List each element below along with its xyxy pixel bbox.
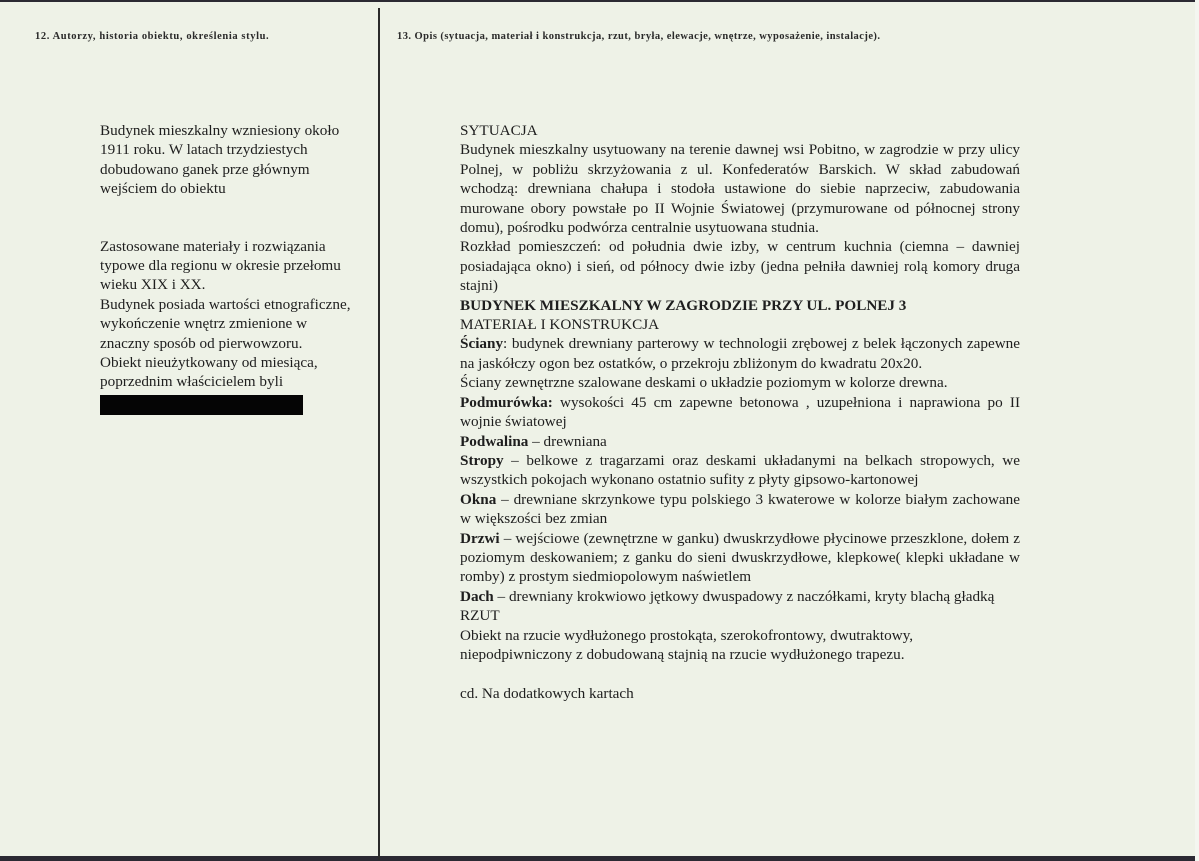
redacted-block bbox=[100, 395, 303, 415]
page-edge bbox=[1195, 0, 1199, 861]
room-layout-text: Rozkład pomieszczeń: od południa dwie iz… bbox=[460, 237, 1020, 295]
item-sep: – bbox=[528, 433, 543, 450]
plan-heading: RZUT bbox=[460, 606, 1020, 625]
column-divider bbox=[378, 8, 380, 860]
item-label: Okna bbox=[460, 491, 496, 508]
item-text: drewniany krokwiowo jętkowy dwuspadowy z… bbox=[509, 588, 994, 605]
building-title: BUDYNEK MIESZKALNY W ZAGRODZIE PRZY UL. … bbox=[460, 296, 1020, 315]
item-text: Ściany zewnętrzne szalowane deskami o uk… bbox=[460, 374, 948, 391]
item-foundation: Podmurówka: wysokości 45 cm zapewne beto… bbox=[460, 393, 1020, 432]
materials-paragraph: Zastosowane materiały i rozwiązania typo… bbox=[100, 237, 360, 295]
item-sep bbox=[553, 394, 560, 411]
plan-line-2: niepodpiwniczony z dobudowaną stajnią na… bbox=[460, 645, 1020, 664]
history-paragraph: Budynek mieszkalny wzniesiony około 1911… bbox=[100, 121, 360, 199]
item-walls: Ściany: budynek drewniany parterowy w te… bbox=[460, 334, 1020, 373]
item-sill: Podwalina – drewniana bbox=[460, 432, 1020, 451]
item-windows: Okna – drewniane skrzynkowe typu polskie… bbox=[460, 490, 1020, 529]
item-text: belkowe z tragarzami oraz deskami układa… bbox=[460, 452, 1020, 488]
description-column: SYTUACJA Budynek mieszkalny usytuowany n… bbox=[460, 121, 1020, 703]
item-label: Dach bbox=[460, 588, 494, 605]
item-label: Stropy bbox=[460, 452, 504, 469]
item-label: Podmurówka: bbox=[460, 394, 553, 411]
usage-paragraph: Obiekt nieużytkowany od miesiąca, poprze… bbox=[100, 353, 360, 392]
item-label: Ściany bbox=[460, 335, 503, 352]
item-text: drewniane skrzynkowe typu polskiego 3 kw… bbox=[460, 491, 1020, 527]
section-13-header: 13. Opis (sytuacja, materiał i konstrukc… bbox=[397, 31, 880, 42]
item-sep: : bbox=[503, 335, 512, 352]
item-walls-exterior: Ściany zewnętrzne szalowane deskami o uk… bbox=[460, 373, 1020, 392]
item-text: drewniana bbox=[544, 433, 607, 450]
situation-heading: SYTUACJA bbox=[460, 121, 1020, 140]
item-ceilings: Stropy – belkowe z tragarzami oraz deska… bbox=[460, 451, 1020, 490]
item-sep: – bbox=[500, 530, 516, 547]
item-label: Drzwi bbox=[460, 530, 500, 547]
situation-text: Budynek mieszkalny usytuowany na terenie… bbox=[460, 140, 1020, 237]
item-label: Podwalina bbox=[460, 433, 528, 450]
material-heading: MATERIAŁ I KONSTRUKCJA bbox=[460, 315, 1020, 334]
authors-history-column: Budynek mieszkalny wzniesiony około 1911… bbox=[100, 121, 360, 415]
item-roof: Dach – drewniany krokwiowo jętkowy dwusp… bbox=[460, 587, 1020, 606]
section-12-header: 12. Autorzy, historia obiektu, określeni… bbox=[35, 31, 269, 42]
item-doors: Drzwi – wejściowe (zewnętrzne w ganku) d… bbox=[460, 529, 1020, 587]
item-sep: – bbox=[496, 491, 513, 508]
item-text: wejściowe (zewnętrzne w ganku) dwuskrzyd… bbox=[460, 530, 1020, 586]
continued-note: cd. Na dodatkowych kartach bbox=[460, 684, 1020, 703]
item-sep: – bbox=[504, 452, 527, 469]
plan-line-1: Obiekt na rzucie wydłużonego prostokąta,… bbox=[460, 626, 1020, 645]
values-paragraph: Budynek posiada wartości etnograficzne, … bbox=[100, 295, 360, 353]
item-text: budynek drewniany parterowy w technologi… bbox=[460, 335, 1020, 371]
item-sep: – bbox=[494, 588, 509, 605]
